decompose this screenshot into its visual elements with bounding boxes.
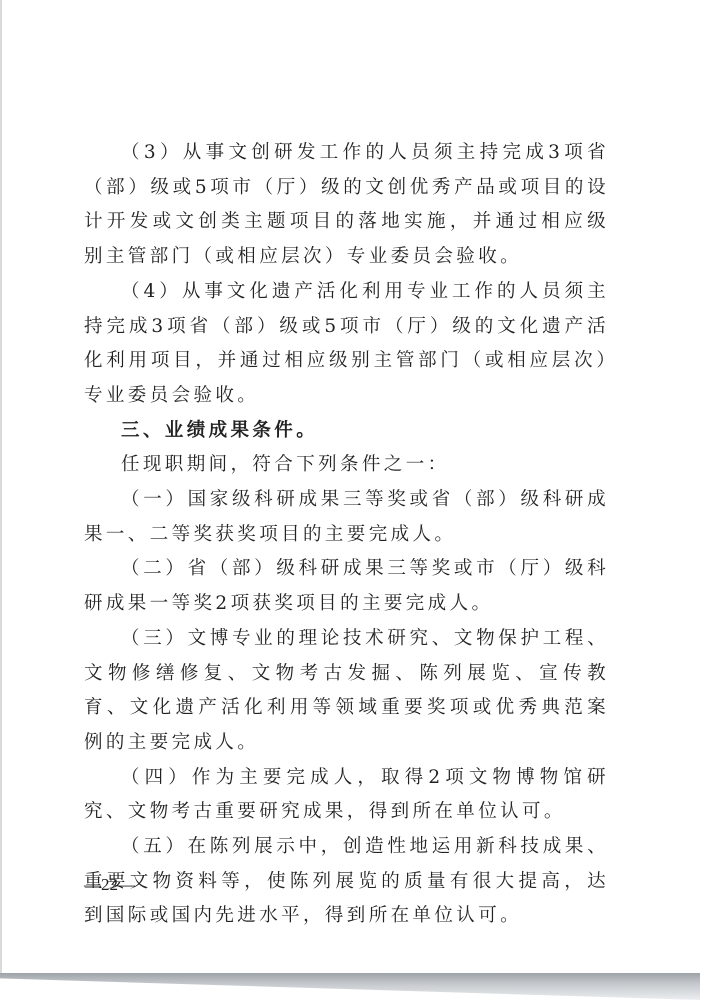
paragraph-condition-4: （四）作为主要完成人，取得2项文物博物馆研究、文物考古重要研究成果，得到所在单位… xyxy=(84,761,609,830)
paragraph-condition-3: （三）文博专业的理论技术研究、文物保护工程、文物修缮修复、文物考古发掘、陈列展览… xyxy=(84,622,609,761)
page-left-edge xyxy=(0,0,2,975)
document-page: （3）从事文创研发工作的人员须主持完成3项省（部）级或5项市（厅）级的文创优秀产… xyxy=(0,0,707,1000)
paragraph-intro: 任现职期间，符合下列条件之一： xyxy=(84,448,609,483)
paragraph-item-4: （4）从事文化遗产活化利用专业工作的人员须主持完成3项省（部）级或5项市（厅）级… xyxy=(84,275,609,414)
paragraph-condition-1: （一）国家级科研成果三等奖或省（部）级科研成果一、二等奖获奖项目的主要完成人。 xyxy=(84,483,609,552)
page-number: —22— xyxy=(84,875,135,895)
paragraph-condition-5: （五）在陈列展示中，创造性地运用新科技成果、重要文物资料等，使陈列展览的质量有很… xyxy=(84,830,609,934)
section-heading-performance: 三、业绩成果条件。 xyxy=(84,414,609,449)
page-bottom-shadow xyxy=(0,973,700,1000)
paragraph-condition-2: （二）省（部）级科研成果三等奖或市（厅）级科研成果一等奖2项获奖项目的主要完成人… xyxy=(84,552,609,621)
document-body: （3）从事文创研发工作的人员须主持完成3项省（部）级或5项市（厅）级的文创优秀产… xyxy=(84,136,609,934)
paragraph-item-3: （3）从事文创研发工作的人员须主持完成3项省（部）级或5项市（厅）级的文创优秀产… xyxy=(84,136,609,275)
